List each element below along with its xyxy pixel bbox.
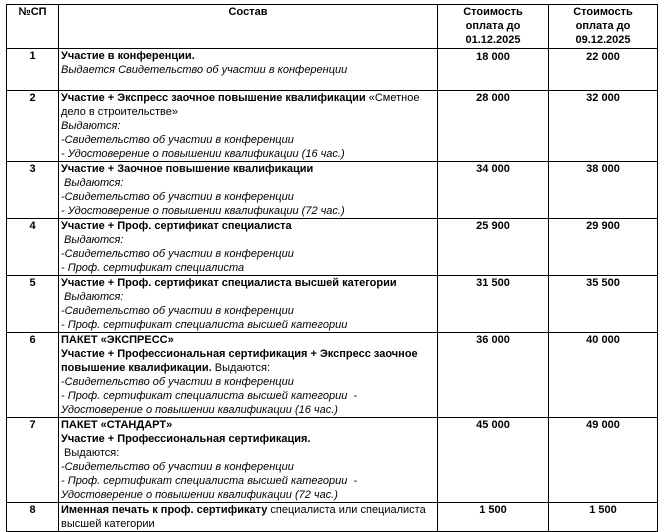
header-price-2-line: оплата до — [551, 19, 655, 33]
row-detail: -Свидетельство об участии в конференции — [61, 304, 435, 318]
row-number: 7 — [7, 418, 59, 503]
header-price-1-line: Стоимость — [440, 5, 546, 19]
row-title: Участие + Проф. сертификат специалиста — [61, 219, 435, 233]
price-late: 22 000 — [549, 49, 658, 91]
row-title: Участие + Проф. сертификат специалиста в… — [61, 276, 435, 290]
row-detail: -Свидетельство об участии в конференции — [61, 133, 435, 147]
table-header-row: №СП Состав Стоимость оплата до 01.12.202… — [7, 5, 658, 49]
row-detail: Выдаются: — [61, 119, 435, 133]
price-early: 34 000 — [438, 162, 549, 219]
row-detail: - Удостоверение о повышении квалификации… — [61, 147, 435, 161]
table-row: 6 ПАКЕТ «ЭКСПРЕСС» Участие + Профессиона… — [7, 333, 658, 418]
row-title: Участие в конференции. — [61, 49, 435, 63]
row-detail: - Проф. сертификат специалиста высшей ка… — [61, 318, 435, 332]
row-title-bold: Именная печать к проф. сертификату — [61, 504, 267, 516]
row-number: 3 — [7, 162, 59, 219]
row-description: Участие + Экспресс заочное повышение ква… — [59, 91, 438, 162]
row-title: Участие + Заочное повышение квалификации — [61, 162, 435, 176]
row-number: 5 — [7, 276, 59, 333]
row-number: 6 — [7, 333, 59, 418]
header-price-2: Стоимость оплата до 09.12.2025 — [549, 5, 658, 49]
table-row: 1 Участие в конференции. Выдается Свидет… — [7, 49, 658, 91]
row-detail: -Свидетельство об участии в конференции — [61, 375, 435, 389]
row-title-bold: Участие + Экспресс заочное повышение ква… — [61, 92, 366, 104]
row-description: ПАКЕТ «СТАНДАРТ» Участие + Профессиональ… — [59, 418, 438, 503]
header-price-2-line: 09.12.2025 — [551, 33, 655, 47]
row-detail: - Проф. сертификат специалиста высшей ка… — [61, 389, 435, 403]
row-detail: Выдаются: — [61, 176, 435, 190]
row-description: Участие + Заочное повышение квалификации… — [59, 162, 438, 219]
price-late: 49 000 — [549, 418, 658, 503]
package-name: ПАКЕТ «ЭКСПРЕСС» — [61, 333, 435, 347]
price-early: 1 500 — [438, 503, 549, 532]
row-description: Участие + Проф. сертификат специалиста В… — [59, 219, 438, 276]
price-early: 28 000 — [438, 91, 549, 162]
header-price-1-line: оплата до — [440, 19, 546, 33]
row-number: 4 — [7, 219, 59, 276]
price-late: 38 000 — [549, 162, 658, 219]
price-late: 40 000 — [549, 333, 658, 418]
row-detail: Удостоверение о повышении квалификации (… — [61, 403, 435, 417]
table-row: 4 Участие + Проф. сертификат специалиста… — [7, 219, 658, 276]
price-late: 1 500 — [549, 503, 658, 532]
package-name: ПАКЕТ «СТАНДАРТ» — [61, 418, 435, 432]
row-detail: -Свидетельство об участии в конференции — [61, 190, 435, 204]
row-detail: -Свидетельство об участии в конференции — [61, 460, 435, 474]
row-number: 1 — [7, 49, 59, 91]
row-detail: Выдается Свидетельство об участии в конф… — [61, 63, 435, 77]
table-row: 7 ПАКЕТ «СТАНДАРТ» Участие + Профессиона… — [7, 418, 658, 503]
header-price-1-line: 01.12.2025 — [440, 33, 546, 47]
row-detail: Выдаются: — [61, 233, 435, 247]
row-detail: -Свидетельство об участии в конференции — [61, 247, 435, 261]
header-sostav: Состав — [59, 5, 438, 49]
price-late: 32 000 — [549, 91, 658, 162]
price-early: 36 000 — [438, 333, 549, 418]
row-description: Участие + Проф. сертификат специалиста в… — [59, 276, 438, 333]
row-title: Участие + Профессиональная сертификация … — [61, 347, 435, 375]
price-table: №СП Состав Стоимость оплата до 01.12.202… — [6, 4, 658, 531]
header-num: №СП — [7, 5, 59, 49]
price-late: 29 900 — [549, 219, 658, 276]
row-detail: - Удостоверение о повышении квалификации… — [61, 204, 435, 218]
row-detail: - Проф. сертификат специалиста — [61, 261, 435, 275]
price-early: 31 500 — [438, 276, 549, 333]
row-detail: - Проф. сертификат специалиста высшей ка… — [61, 474, 435, 488]
header-price-2-line: Стоимость — [551, 5, 655, 19]
price-late: 35 500 — [549, 276, 658, 333]
table-row: 8 Именная печать к проф. сертификату спе… — [7, 503, 658, 532]
table-row: 5 Участие + Проф. сертификат специалиста… — [7, 276, 658, 333]
price-early: 45 000 — [438, 418, 549, 503]
row-number: 8 — [7, 503, 59, 532]
row-description: Участие в конференции. Выдается Свидетел… — [59, 49, 438, 91]
price-early: 18 000 — [438, 49, 549, 91]
row-issued-label: Выдаются: — [61, 446, 435, 460]
row-title: Именная печать к проф. сертификату специ… — [61, 503, 435, 531]
row-description: Именная печать к проф. сертификату специ… — [59, 503, 438, 532]
row-number: 2 — [7, 91, 59, 162]
price-early: 25 900 — [438, 219, 549, 276]
table-row: 2 Участие + Экспресс заочное повышение к… — [7, 91, 658, 162]
table-row: 3 Участие + Заочное повышение квалификац… — [7, 162, 658, 219]
row-detail: Выдаются: — [61, 290, 435, 304]
row-title: Участие + Профессиональная сертификация. — [61, 432, 435, 446]
row-detail: Удостоверение о повышении квалификации (… — [61, 488, 435, 502]
header-price-1: Стоимость оплата до 01.12.2025 — [438, 5, 549, 49]
row-title: Участие + Экспресс заочное повышение ква… — [61, 91, 435, 119]
row-title-regular: Выдаются: — [212, 362, 270, 374]
row-description: ПАКЕТ «ЭКСПРЕСС» Участие + Профессиональ… — [59, 333, 438, 418]
